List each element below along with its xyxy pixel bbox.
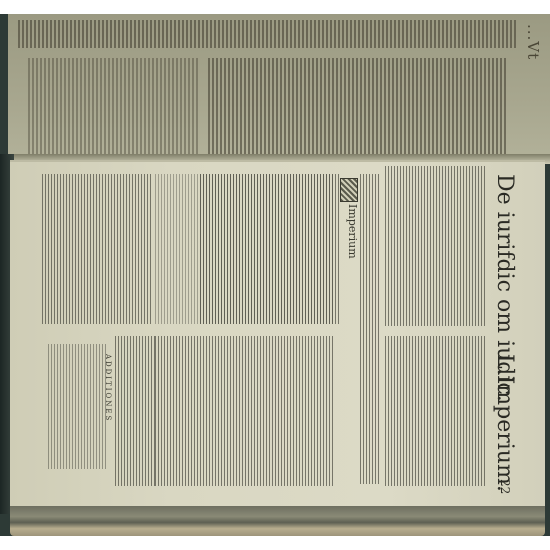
- text-column-gloss: [155, 174, 335, 324]
- decorated-initial: [340, 178, 358, 202]
- book-photograph: ...Vt Imperium ADDITIONES De iurifdic om…: [0, 14, 550, 536]
- text-column-gloss: [115, 336, 155, 486]
- book-page-edges: [10, 506, 545, 536]
- text-column-gloss: [155, 336, 335, 486]
- upper-text-block: [208, 58, 508, 158]
- upper-running-head: ...Vt: [524, 24, 542, 60]
- upper-text-block: [18, 20, 518, 48]
- additions-heading: ADDITIONES: [104, 354, 112, 422]
- text-column-additions: [48, 344, 106, 469]
- page-number: 22: [498, 479, 512, 494]
- text-column-main: [385, 336, 485, 486]
- section-title: Imperium: [346, 204, 359, 259]
- upper-text-block: [28, 58, 198, 158]
- text-column-gloss: [385, 166, 485, 326]
- text-column-main: [360, 174, 380, 484]
- running-head-law: L.Imperium.: [492, 354, 517, 492]
- text-column-gloss: [42, 174, 152, 324]
- facing-page: ...Vt: [8, 14, 550, 164]
